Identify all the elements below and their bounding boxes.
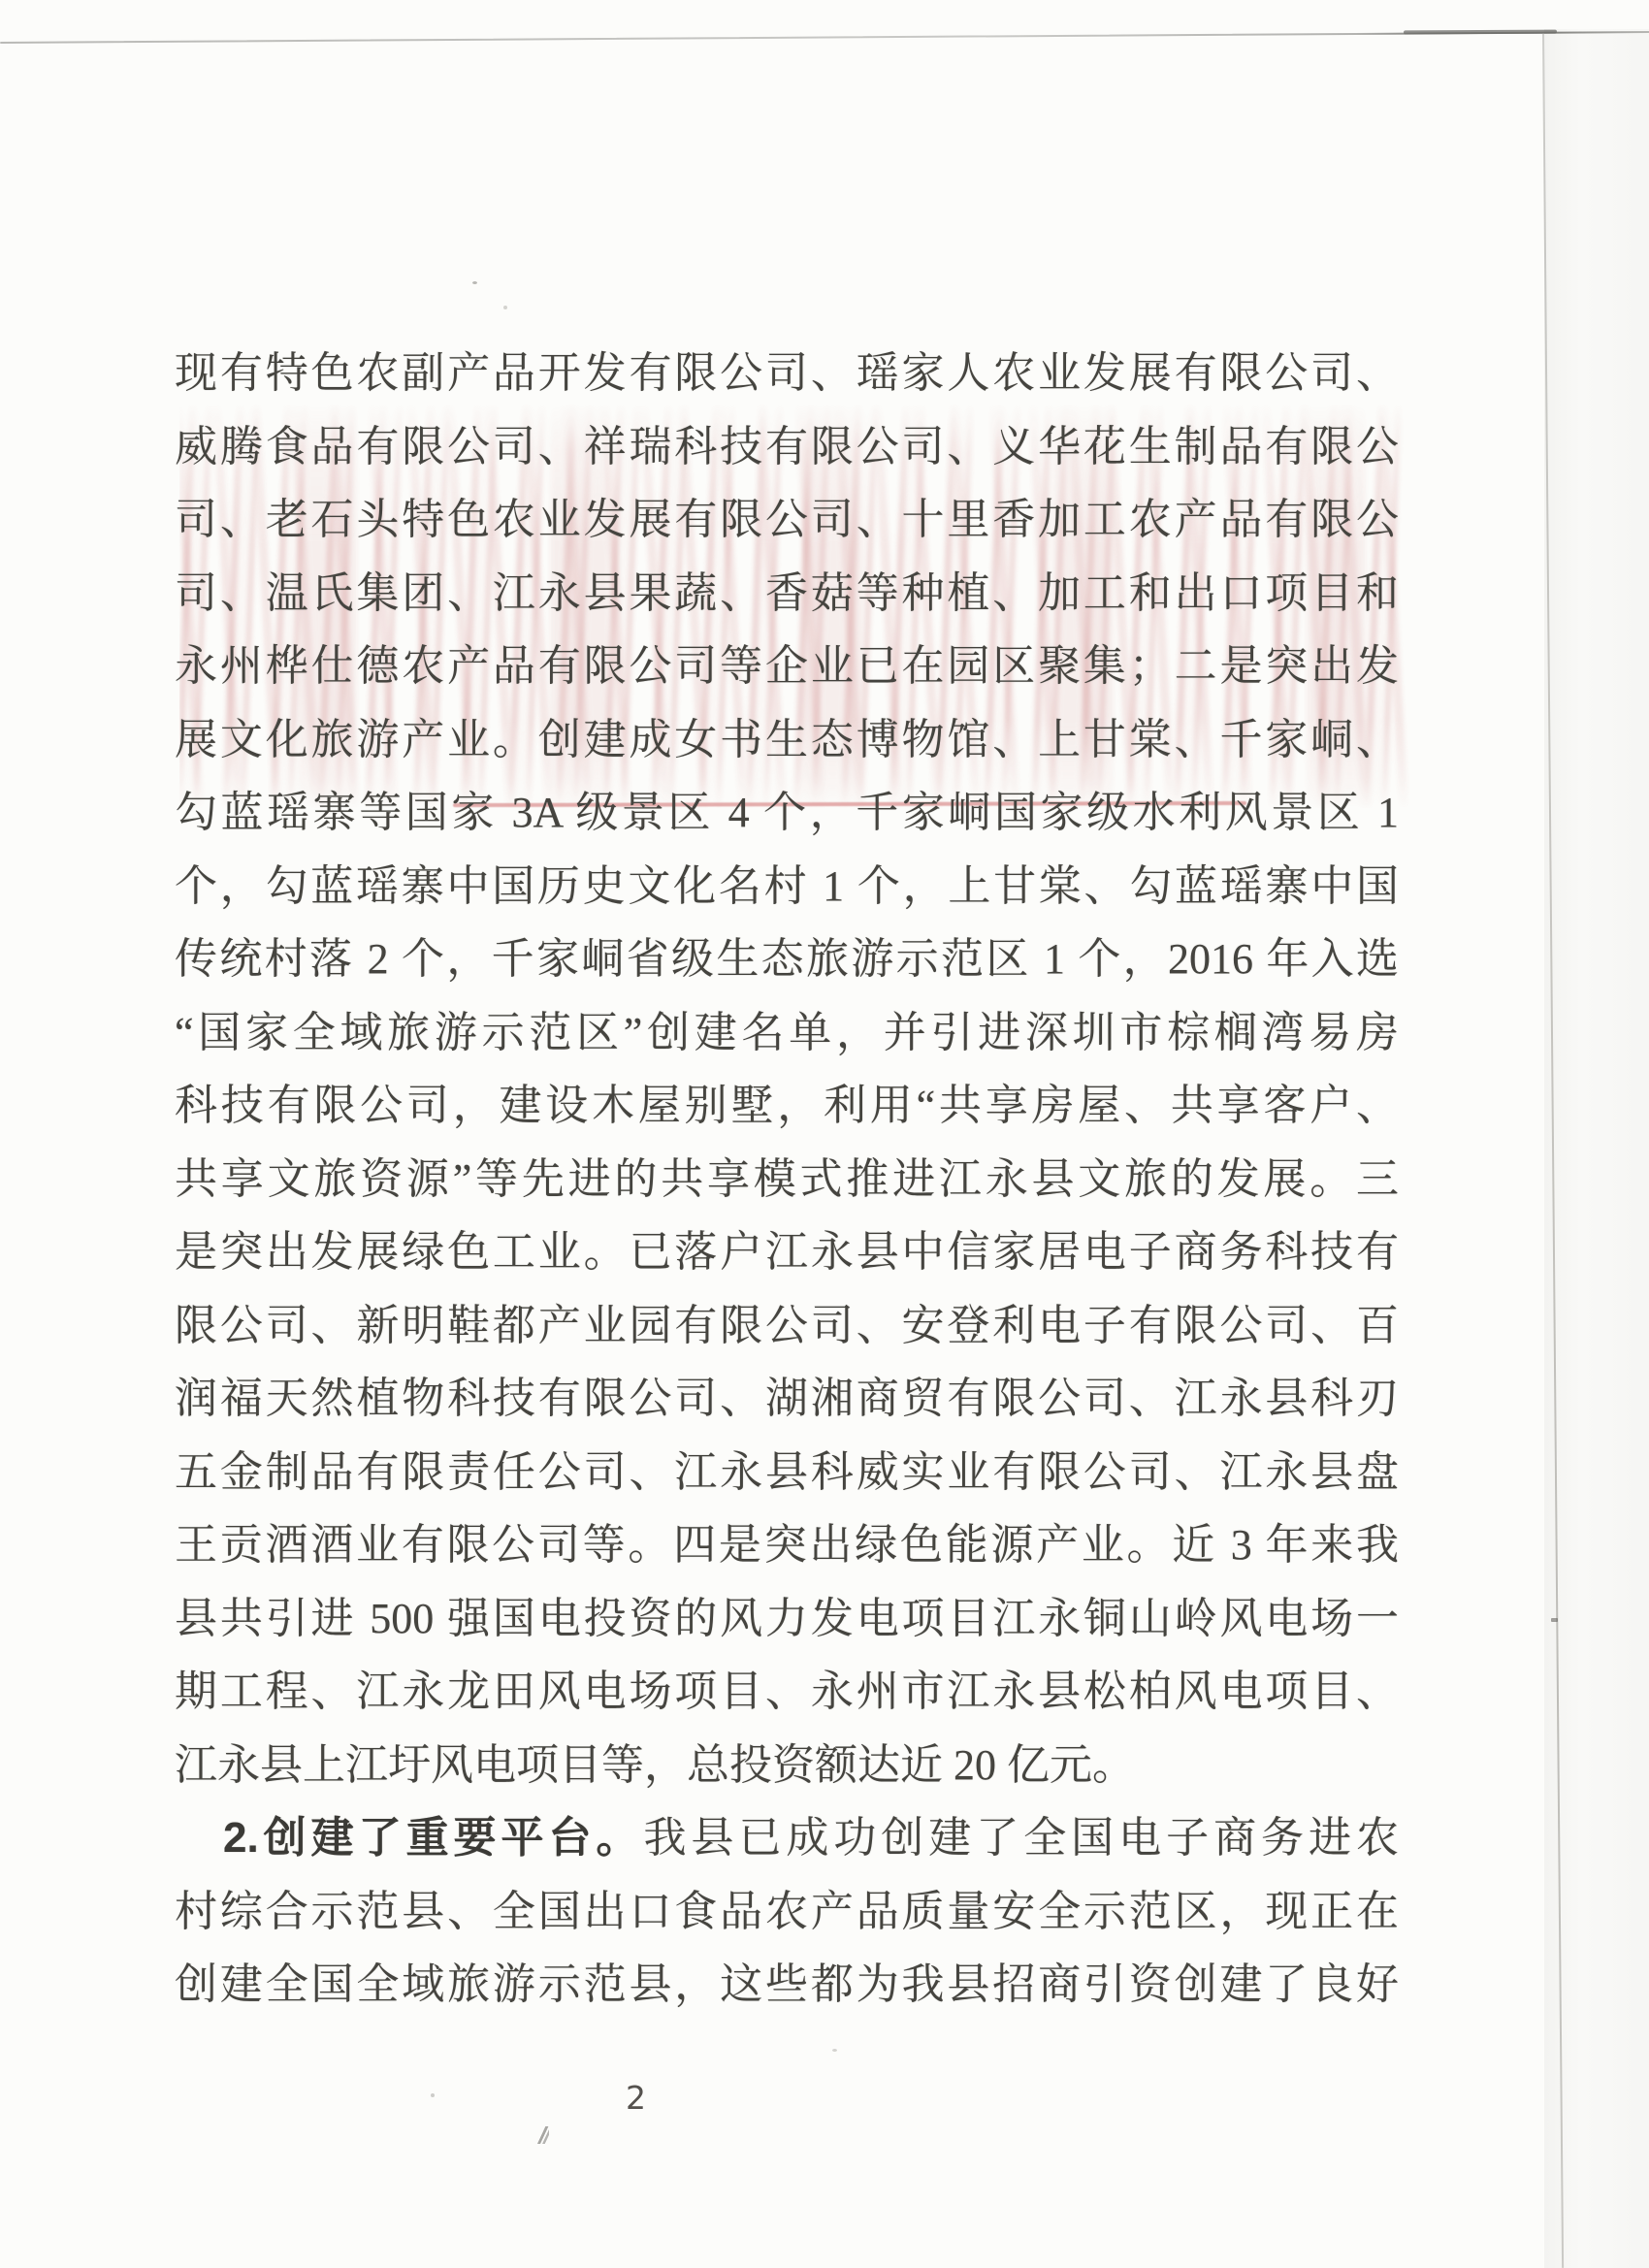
text-line: 2.创建了重要平台。我县已成功创建了全国电子商务进农: [175, 1801, 1399, 1875]
text-line: 现有特色农副产品开发有限公司、瑶家人农业发展有限公司、: [175, 337, 1399, 410]
text-line: 司、温氏集团、江永县果蔬、香菇等种植、加工和出口项目和: [175, 557, 1399, 631]
text-line: 科技有限公司，建设木屋别墅，利用“共享房屋、共享客户、: [175, 1069, 1399, 1143]
scanned-document-page: 现有特色农副产品开发有限公司、瑶家人农业发展有限公司、威腾食品有限公司、祥瑞科技…: [0, 0, 1649, 2268]
scan-scribble-mark: [537, 2126, 549, 2144]
scan-speck: [431, 2093, 435, 2097]
text-line: 是突出发展绿色工业。已落户江永县中信家居电子商务科技有: [175, 1215, 1399, 1289]
text-line: 勾蓝瑶寨等国家 3A 级景区 4 个，千家峒国家级水利风景区 1: [175, 776, 1399, 850]
scan-top-edge-line: [0, 31, 1649, 44]
text-line: 期工程、江永龙田风电场项目、永州市江永县松柏风电项目、: [175, 1655, 1399, 1729]
text-line: 村综合示范县、全国出口食品农产品质量安全示范区，现正在: [175, 1875, 1399, 1949]
text-line: 创建全国全域旅游示范县，这些都为我县招商引资创建了良好: [175, 1948, 1399, 2022]
scan-speck: [1551, 1618, 1558, 1622]
text-line: 永州桦仕德农产品有限公司等企业已在园区聚集；二是突出发: [175, 630, 1399, 703]
text-line: 传统村落 2 个，千家峒省级生态旅游示范区 1 个，2016 年入选: [175, 923, 1399, 996]
text-line: 王贡酒酒业有限公司等。四是突出绿色能源产业。近 3 年来我: [175, 1508, 1399, 1582]
scan-speck: [832, 2049, 837, 2052]
text-line: 江永县上江圩风电项目等，总投资额达近 20 亿元。: [175, 1729, 1399, 1802]
text-line: “国家全域旅游示范区”创建名单，并引进深圳市棕榈湾易房: [175, 996, 1399, 1070]
document-text-block: 现有特色农副产品开发有限公司、瑶家人农业发展有限公司、威腾食品有限公司、祥瑞科技…: [175, 337, 1399, 2022]
scan-top-edge-dark-segment: [1404, 30, 1557, 35]
text-line: 润福天然植物科技有限公司、湖湘商贸有限公司、江永县科刃: [175, 1362, 1399, 1436]
text-line: 限公司、新明鞋都产业园有限公司、安登利电子有限公司、百: [175, 1289, 1399, 1363]
page-fold-line: [1542, 33, 1564, 2268]
text-line: 威腾食品有限公司、祥瑞科技有限公司、义华花生制品有限公: [175, 410, 1399, 484]
scan-speck: [503, 306, 507, 309]
text-line: 展文化旅游产业。创建成女书生态博物馆、上甘棠、千家峒、: [175, 703, 1399, 777]
text-line: 司、老石头特色农业发展有限公司、十里香加工农产品有限公: [175, 483, 1399, 557]
text-line: 五金制品有限责任公司、江永县科威实业有限公司、江永县盘: [175, 1436, 1399, 1509]
page-number: 2: [626, 2082, 646, 2114]
scan-speck: [472, 281, 477, 284]
bold-heading-lead: 2.创建了重要平台。: [223, 1814, 643, 1862]
text-line: 个，勾蓝瑶寨中国历史文化名村 1 个，上甘棠、勾蓝瑶寨中国: [175, 850, 1399, 923]
text-line: 县共引进 500 强国电投资的风力发电项目江永铜山岭风电场一: [175, 1582, 1399, 1656]
text-line: 共享文旅资源”等先进的共享模式推进江永县文旅的发展。三: [175, 1143, 1399, 1216]
